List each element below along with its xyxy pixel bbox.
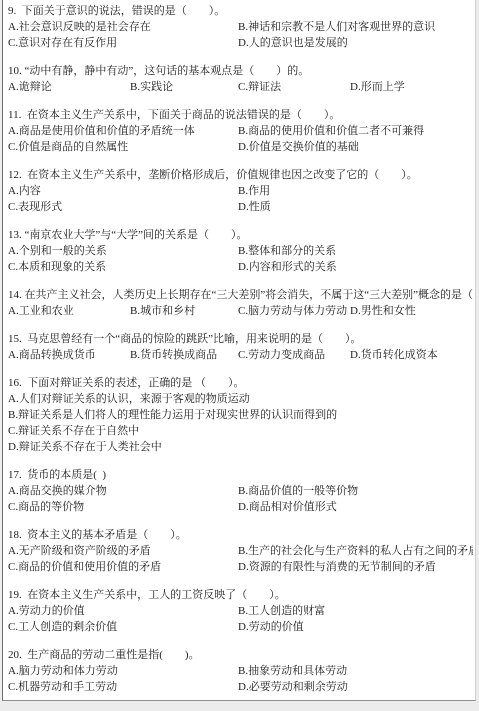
question-11-option-C: C.价值是商品的自然属性 <box>8 139 238 155</box>
question-17-option-B: B.商品价值的一般等价物 <box>238 483 473 499</box>
question-options: A.工业和农业B.城市和乡村C.脑力劳动与体力劳动D.男性和女性 <box>8 303 473 319</box>
question-20: 20. 生产商品的劳动二重性是指( )。 A.脑力劳动和体力劳动B.抽象劳动和具… <box>8 647 473 695</box>
question-9: 9. 下面关于意识的说法，错误的是（ ）。 A.社会意识反映的是社会存在B.神话… <box>8 3 473 51</box>
question-15-option-B: B.货币转换成商品 <box>130 347 238 363</box>
question-13-option-D: D.内容和形式的关系 <box>238 259 473 275</box>
question-9-option-B: B.神话和宗教不是人们对客观世界的意识 <box>238 19 473 35</box>
question-9-option-C: C.意识对存在有反作用 <box>8 35 238 51</box>
question-10: 10. “动中有静，静中有动”，这句话的基本观点是（ ）的。 A.诡辩论B.实践… <box>8 63 473 95</box>
question-19-option-B: B.工人创造的财富 <box>238 603 473 619</box>
question-options: A.个别和一般的关系B.整体和部分的关系C.本质和现象的关系D.内容和形式的关系 <box>8 243 473 275</box>
question-stem: 18. 资本主义的基本矛盾是（ ）。 <box>8 527 473 543</box>
question-13-option-A: A.个别和一般的关系 <box>8 243 238 259</box>
question-options: A.商品转换成货币B.货币转换成商品C.劳动力变成商品D.货币转化成资本 <box>8 347 473 363</box>
question-18-option-B: B.生产的社会化与生产资料的私人占有之间的矛盾 <box>238 543 473 559</box>
question-12-option-D: D.性质 <box>238 199 473 215</box>
question-12-option-C: C.表现形式 <box>8 199 238 215</box>
question-options: A.诡辩论B.实践论C.辩证法D.形而上学 <box>8 79 473 95</box>
question-14-option-A: A.工业和农业 <box>8 303 130 319</box>
question-15-option-D: D.货币转化成资本 <box>350 347 473 363</box>
question-stem: 17. 货币的本质是( ) <box>8 467 473 483</box>
question-18-option-C: C.商品的价值和使用价值的矛盾 <box>8 559 238 575</box>
question-15: 15. 马克思曾经有一个“商品的惊险的跳跃”比喻，用来说明的是（ ）。 A.商品… <box>8 331 473 363</box>
question-14-option-D: D.男性和女性 <box>350 303 473 319</box>
question-options: A.社会意识反映的是社会存在B.神话和宗教不是人们对客观世界的意识C.意识对存在… <box>8 19 473 51</box>
question-options: A.商品交换的媒介物B.商品价值的一般等价物C.商品的等价物D.商品相对价值形式 <box>8 483 473 515</box>
question-14-option-C: C.脑力劳动与体力劳动 <box>238 303 350 319</box>
question-13: 13. “南京农业大学”与“大学”间的关系是（ ）。 A.个别和一般的关系B.整… <box>8 227 473 275</box>
question-options: A.脑力劳动和体力劳动B.抽象劳动和具体劳动C.机器劳动和手工劳动D.必要劳动和… <box>8 663 473 695</box>
question-options: A.劳动力的价值B.工人创造的财富C.工人创造的剩余价值D.劳动的价值 <box>8 603 473 635</box>
question-11-option-D: D.价值是交换价值的基础 <box>238 139 473 155</box>
question-16-option-A: A.人们对辩证关系的认识，来源于客观的物质运动 <box>8 391 473 407</box>
question-19: 19. 在资本主义生产关系中，工人的工资反映了（ ）。 A.劳动力的价值B.工人… <box>8 587 473 635</box>
question-stem: 13. “南京农业大学”与“大学”间的关系是（ ）。 <box>8 227 473 243</box>
question-9-option-A: A.社会意识反映的是社会存在 <box>8 19 238 35</box>
question-10-option-C: C.辩证法 <box>238 79 350 95</box>
question-16-option-B: B.辩证关系是人们将人的理性能力运用于对现实世界的认识而得到的 <box>8 407 473 423</box>
question-15-option-C: C.劳动力变成商品 <box>238 347 350 363</box>
question-17-option-A: A.商品交换的媒介物 <box>8 483 238 499</box>
question-19-option-A: A.劳动力的价值 <box>8 603 238 619</box>
question-stem: 14. 在共产主义社会，人类历史上长期存在“三大差别”将会消失，不属于这“三大差… <box>8 287 473 303</box>
question-18-option-D: D.资源的有限性与消费的无节制间的矛盾 <box>238 559 473 575</box>
question-stem: 19. 在资本主义生产关系中，工人的工资反映了（ ）。 <box>8 587 473 603</box>
question-13-option-B: B.整体和部分的关系 <box>238 243 473 259</box>
question-list: 9. 下面关于意识的说法，错误的是（ ）。 A.社会意识反映的是社会存在B.神话… <box>8 3 473 695</box>
question-options: A.内容B.作用C.表现形式D.性质 <box>8 183 473 215</box>
question-16: 16. 下面对辩证关系的表述，正确的是 （ ）。 A.人们对辩证关系的认识，来源… <box>8 375 473 455</box>
question-13-option-C: C.本质和现象的关系 <box>8 259 238 275</box>
question-14-option-B: B.城市和乡村 <box>130 303 238 319</box>
question-10-option-B: B.实践论 <box>130 79 238 95</box>
question-15-option-A: A.商品转换成货币 <box>8 347 130 363</box>
question-17-option-C: C.商品的等价物 <box>8 499 238 515</box>
question-20-option-C: C.机器劳动和手工劳动 <box>8 679 238 695</box>
question-20-option-B: B.抽象劳动和具体劳动 <box>238 663 473 679</box>
question-20-option-A: A.脑力劳动和体力劳动 <box>8 663 238 679</box>
question-options: A.无产阶级和资产阶级的矛盾B.生产的社会化与生产资料的私人占有之间的矛盾C.商… <box>8 543 473 575</box>
question-17-option-D: D.商品相对价值形式 <box>238 499 473 515</box>
question-18-option-A: A.无产阶级和资产阶级的矛盾 <box>8 543 238 559</box>
question-stem: 20. 生产商品的劳动二重性是指( )。 <box>8 647 473 663</box>
question-20-option-D: D.必要劳动和剩余劳动 <box>238 679 473 695</box>
exam-sheet: 9. 下面关于意识的说法，错误的是（ ）。 A.社会意识反映的是社会存在B.神话… <box>2 0 476 701</box>
question-stem: 9. 下面关于意识的说法，错误的是（ ）。 <box>8 3 473 19</box>
question-options: A.人们对辩证关系的认识，来源于客观的物质运动B.辩证关系是人们将人的理性能力运… <box>8 391 473 455</box>
question-19-option-C: C.工人创造的剩余价值 <box>8 619 238 635</box>
question-18: 18. 资本主义的基本矛盾是（ ）。 A.无产阶级和资产阶级的矛盾B.生产的社会… <box>8 527 473 575</box>
question-11-option-B: B.商品的使用价值和价值二者不可兼得 <box>238 123 473 139</box>
question-16-option-C: C.辩证关系不存在于自然中 <box>8 423 473 439</box>
question-stem: 15. 马克思曾经有一个“商品的惊险的跳跃”比喻，用来说明的是（ ）。 <box>8 331 473 347</box>
question-stem: 11. 在资本主义生产关系中，下面关于商品的说法错误的是（ ）。 <box>8 107 473 123</box>
question-14: 14. 在共产主义社会，人类历史上长期存在“三大差别”将会消失，不属于这“三大差… <box>8 287 473 319</box>
question-stem: 10. “动中有静，静中有动”，这句话的基本观点是（ ）的。 <box>8 63 473 79</box>
question-11-option-A: A.商品是使用价值和价值的矛盾统一体 <box>8 123 238 139</box>
question-11: 11. 在资本主义生产关系中，下面关于商品的说法错误的是（ ）。 A.商品是使用… <box>8 107 473 155</box>
question-16-option-D: D.辩证关系不存在于人类社会中 <box>8 439 473 455</box>
question-9-option-D: D.人的意识也是发展的 <box>238 35 473 51</box>
question-12: 12. 在资本主义生产关系中，垄断价格形成后，价值规律也因之改变了它的（ ）。 … <box>8 167 473 215</box>
question-options: A.商品是使用价值和价值的矛盾统一体B.商品的使用价值和价值二者不可兼得C.价值… <box>8 123 473 155</box>
question-stem: 16. 下面对辩证关系的表述，正确的是 （ ）。 <box>8 375 473 391</box>
question-stem: 12. 在资本主义生产关系中，垄断价格形成后，价值规律也因之改变了它的（ ）。 <box>8 167 473 183</box>
question-10-option-A: A.诡辩论 <box>8 79 130 95</box>
question-19-option-D: D.劳动的价值 <box>238 619 473 635</box>
question-12-option-A: A.内容 <box>8 183 238 199</box>
question-10-option-D: D.形而上学 <box>350 79 473 95</box>
question-12-option-B: B.作用 <box>238 183 473 199</box>
question-17: 17. 货币的本质是( ) A.商品交换的媒介物B.商品价值的一般等价物C.商品… <box>8 467 473 515</box>
